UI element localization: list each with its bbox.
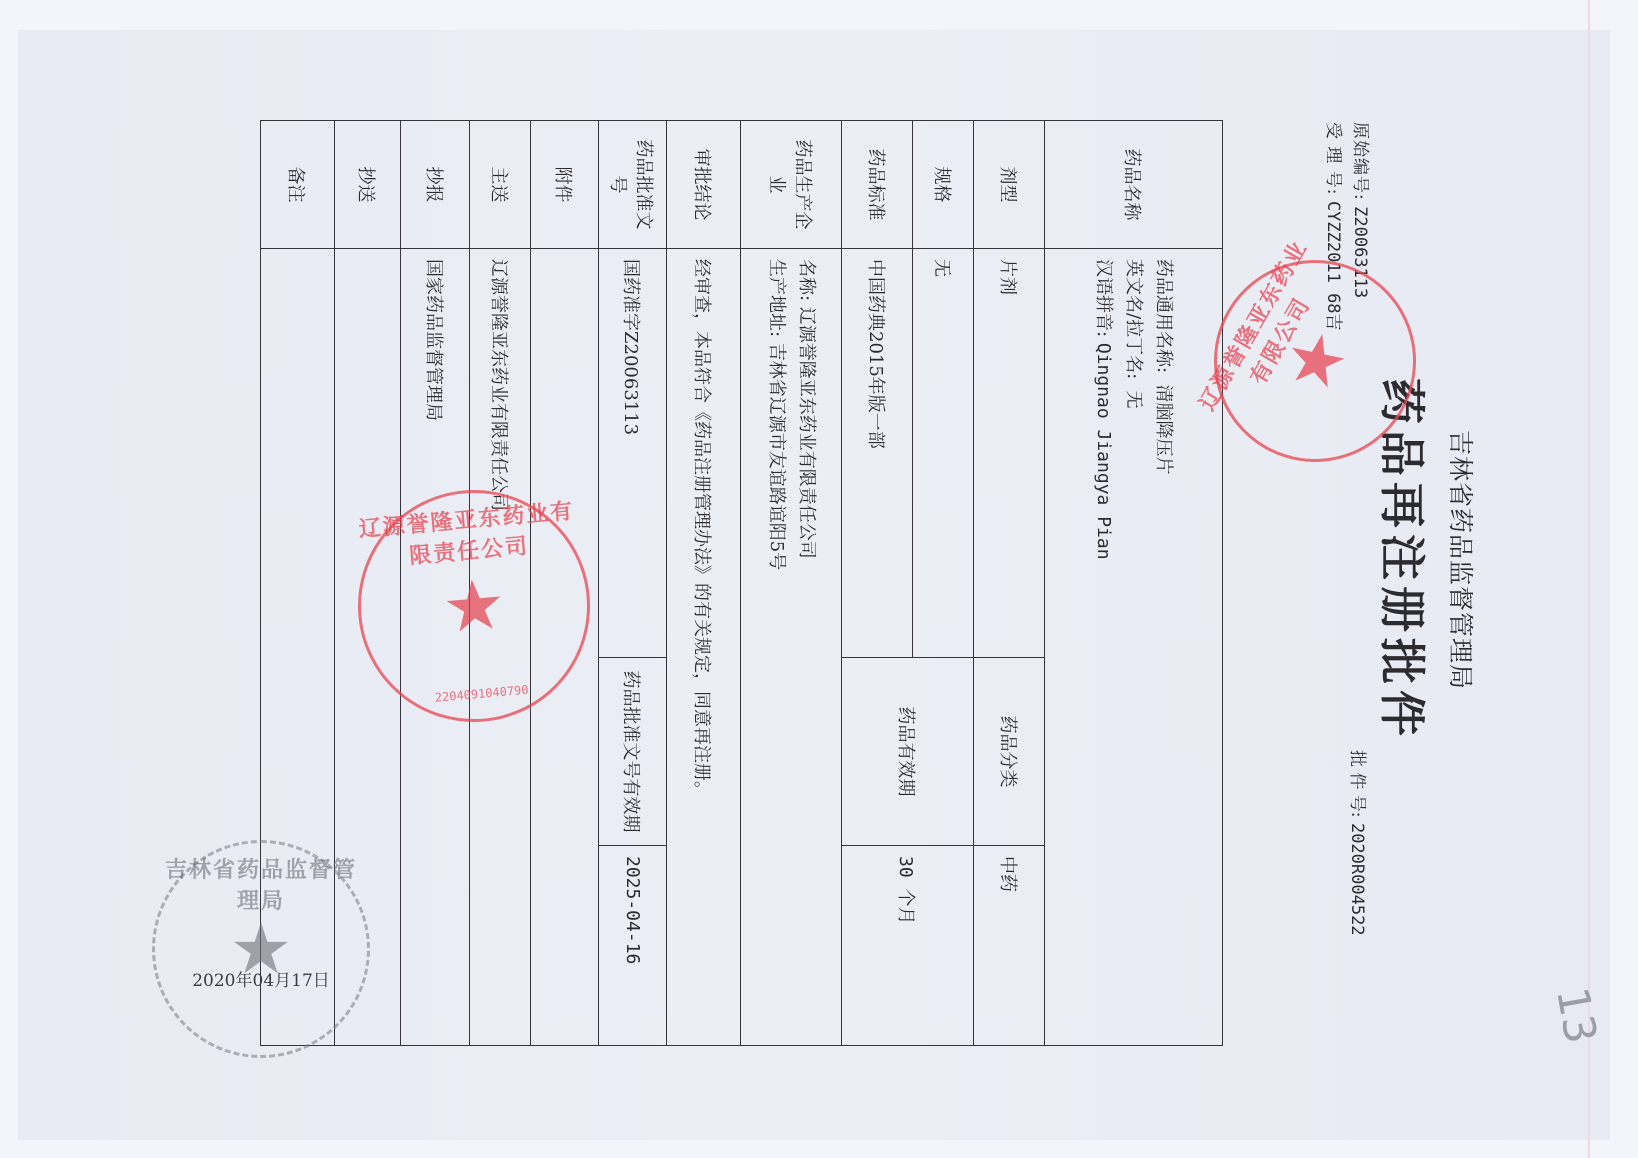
standard-label: 药品标准 — [842, 121, 913, 249]
specification-value: 无 — [913, 249, 974, 658]
dosage-form-label: 剂型 — [974, 121, 1045, 249]
send-to-value: 辽源誉隆亚东药业有限责任公司 — [470, 249, 531, 1046]
attachment-label: 附件 — [531, 121, 599, 249]
standard-value: 中国药典2015年版一部 — [842, 249, 913, 658]
manufacturer-value: 名称: 辽源誉隆亚东药业有限责任公司 生产地址: 吉林省辽源市友谊路谊阳5号 — [741, 249, 842, 1046]
approval-number-value: 国药准字Z20063113 — [599, 249, 667, 658]
remarks-label: 备注 — [261, 121, 335, 249]
table-row-copy-to: 抄送 — [335, 121, 401, 1046]
pencil-page-mark: 13 — [1546, 983, 1606, 1047]
manufacturer-address-label: 生产地址: — [766, 259, 787, 337]
table-row-conclusion: 审批结论 经审查，本品符合《药品注册管理办法》的有关规定，同意再注册。 — [667, 121, 741, 1046]
english-name-value: 无 — [1124, 391, 1145, 409]
generic-name-label: 药品通用名称: — [1154, 259, 1175, 373]
approval-validity-value: 2025-04-16 — [599, 846, 667, 1046]
pinyin-name: 汉语拼音: Qingnao Jiangya Pian — [1089, 259, 1119, 1035]
manufacturer-name-value: 辽源誉隆亚东药业有限责任公司 — [796, 307, 817, 559]
drug-category-value: 中药 — [974, 846, 1045, 1046]
generic-name: 药品通用名称: 清脑降压片 — [1149, 259, 1179, 1035]
approval-document: 吉林省药品监督管理局 药品再注册批件 原始编号: Z20063113 受 理 号… — [240, 60, 1500, 1060]
table-row-drug-name: 药品名称 药品通用名称: 清脑降压片 英文名/拉丁名: 无 汉语拼音: Qing… — [1045, 121, 1223, 1046]
conclusion-label: 审批结论 — [667, 121, 741, 249]
specification-label: 规格 — [913, 121, 974, 249]
drug-category-label: 药品分类 — [974, 658, 1045, 846]
english-name: 英文名/拉丁名: 无 — [1119, 259, 1149, 1035]
acceptance-number-label: 受 理 号: — [1323, 122, 1343, 196]
acceptance-number-value: CYZZ2011 68吉 — [1323, 201, 1343, 331]
drug-name-value: 药品通用名称: 清脑降压片 英文名/拉丁名: 无 汉语拼音: Qingnao J… — [1045, 249, 1223, 1046]
manufacturer-name: 名称: 辽源誉隆亚东药业有限责任公司 — [791, 259, 821, 1035]
approval-doc-number: 批 件 号: 2020R004522 — [1347, 750, 1372, 936]
original-number: 原始编号: Z20063113 — [1350, 122, 1375, 298]
drug-name-label: 药品名称 — [1045, 121, 1223, 249]
conclusion-value: 经审查，本品符合《药品注册管理办法》的有关规定，同意再注册。 — [667, 249, 741, 1046]
acceptance-number: 受 理 号: CYZZ2011 68吉 — [1323, 122, 1348, 331]
remarks-value — [261, 249, 335, 1046]
table-row-dosage-form: 剂型 片剂 药品分类 中药 — [974, 121, 1045, 1046]
report-to-label: 抄报 — [401, 121, 470, 249]
issuing-organization: 吉林省药品监督管理局 — [1444, 60, 1480, 1060]
table-row-manufacturer: 药品生产企业 名称: 辽源誉隆亚东药业有限责任公司 生产地址: 吉林省辽源市友谊… — [741, 121, 842, 1046]
pinyin-label: 汉语拼音: — [1094, 259, 1115, 337]
shelf-life-label: 药品有效期 — [842, 658, 974, 846]
doc-number-label: 批 件 号: — [1347, 750, 1367, 818]
approval-number-label: 药品批准文号 — [599, 121, 667, 249]
table-row-remarks: 备注 — [261, 121, 335, 1046]
attachment-value — [531, 249, 599, 1046]
table-row-send-to: 主送 辽源誉隆亚东药业有限责任公司 — [470, 121, 531, 1046]
table-row-approval-number: 药品批准文号 国药准字Z20063113 药品批准文号有效期 2025-04-1… — [599, 121, 667, 1046]
shelf-life-value: 30 个月 — [842, 846, 974, 1046]
table-row-report-to: 抄报 国家药品监督管理局 — [401, 121, 470, 1046]
copy-to-value — [335, 249, 401, 1046]
report-to-value: 国家药品监督管理局 — [401, 249, 470, 1046]
document-title: 药品再注册批件 — [1372, 60, 1438, 1060]
manufacturer-name-label: 名称: — [796, 259, 817, 301]
manufacturer-label: 药品生产企业 — [741, 121, 842, 249]
original-number-label: 原始编号: — [1350, 122, 1370, 201]
approval-validity-label: 药品批准文号有效期 — [599, 658, 667, 846]
pinyin-value: Qingnao Jiangya Pian — [1094, 343, 1115, 560]
generic-name-value: 清脑降压片 — [1154, 385, 1175, 475]
approval-form-table: 药品名称 药品通用名称: 清脑降压片 英文名/拉丁名: 无 汉语拼音: Qing… — [260, 120, 1223, 1046]
original-number-value: Z20063113 — [1350, 206, 1370, 298]
manufacturer-address: 生产地址: 吉林省辽源市友谊路谊阳5号 — [761, 259, 791, 1035]
table-row-attachment: 附件 — [531, 121, 599, 1046]
doc-number-value: 2020R004522 — [1347, 823, 1367, 936]
manufacturer-address-value: 吉林省辽源市友谊路谊阳5号 — [766, 343, 787, 570]
english-name-label: 英文名/拉丁名: — [1124, 259, 1145, 379]
copy-to-label: 抄送 — [335, 121, 401, 249]
table-row-specification: 规格 无 药品有效期 30 个月 — [913, 121, 974, 1046]
send-to-label: 主送 — [470, 121, 531, 249]
dosage-form-value: 片剂 — [974, 249, 1045, 658]
